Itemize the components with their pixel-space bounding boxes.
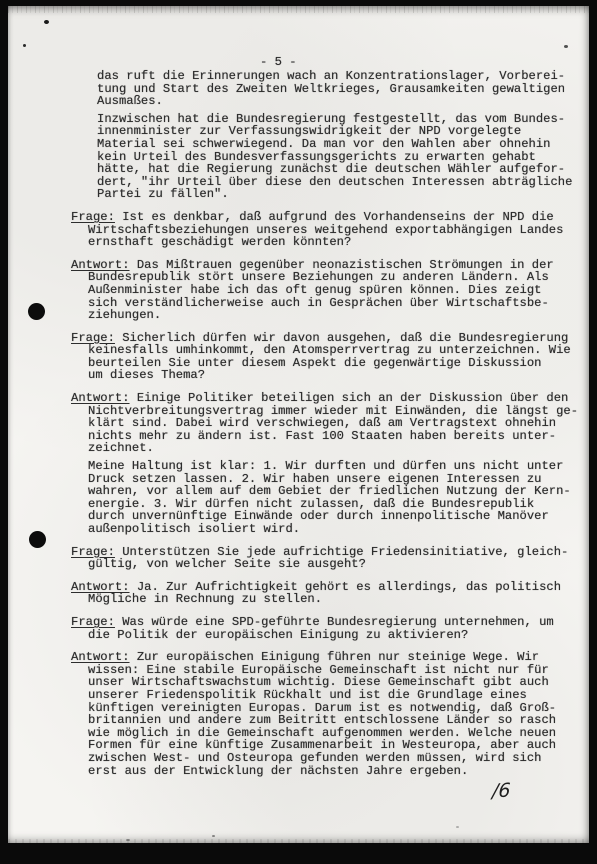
text-line: tung und Start des Zweiten Weltkrieges, … <box>97 82 565 96</box>
text-line: erst aus der Entwicklung der nächsten Ja… <box>88 764 468 778</box>
qa-block: Antwort: Das Mißtrauen gegenüber neonazi… <box>71 259 578 322</box>
qa-block: Frage: Ist es denkbar, daß aufgrund des … <box>71 211 578 249</box>
scan-speckle <box>212 835 215 837</box>
scan-background: { "page": { "number_display": "- 5 -", "… <box>0 0 597 864</box>
text-line: Ausmaßes. <box>97 94 163 108</box>
text-line: außenpolitisch isoliert wird. <box>88 522 300 536</box>
scan-speckle <box>44 20 49 24</box>
qa-block: Frage: Was würde eine SPD-geführte Bunde… <box>71 616 578 641</box>
text-line: um dieses Thema? <box>88 368 205 382</box>
scan-grain-top <box>8 6 589 13</box>
text-line: nichts mehr zu ändern ist. Fast 100 Staa… <box>88 429 556 443</box>
text-line: gültig, von welcher Seite sie ausgeht? <box>88 557 366 571</box>
paragraph-block: Meine Haltung ist klar: 1. Wir durften u… <box>71 460 578 536</box>
qa-block: Antwort: Einige Politiker beteiligen sic… <box>71 392 578 455</box>
scanned-page: - 5 - das ruft die Erinnerungen wach an … <box>8 6 589 843</box>
handwritten-page-ref: /6 <box>491 779 511 802</box>
scan-speckle <box>23 44 26 47</box>
text-line: die Politik der europäischen Einigung zu… <box>88 628 468 642</box>
text-line: ziehungen. <box>88 308 161 322</box>
text-line: Mögliche in Rechnung zu stellen. <box>88 592 322 606</box>
paragraph-block: das ruft die Erinnerungen wach an Konzen… <box>71 70 578 108</box>
hole-punch-bottom <box>29 531 46 548</box>
qa-block: Frage: Unterstützen Sie jede aufrichtige… <box>71 546 578 571</box>
scan-speckle <box>564 45 568 48</box>
page-number: - 5 - <box>260 55 297 69</box>
scan-speckle <box>456 826 459 828</box>
text-line: ernsthaft geschädigt werden könnten? <box>88 235 351 249</box>
scan-grain-bottom <box>8 839 589 843</box>
paragraph-block: Inzwischen hat die Bundesregierung festg… <box>71 113 578 201</box>
scan-speckle <box>126 839 130 841</box>
qa-block: Antwort: Ja. Zur Aufrichtigkeit gehört e… <box>71 581 578 606</box>
qa-block: Frage: Sicherlich dürfen wir davon ausge… <box>71 332 578 382</box>
document-body: das ruft die Erinnerungen wach an Konzen… <box>71 70 578 777</box>
qa-block: Antwort: Zur europäischen Einigung führe… <box>71 651 578 777</box>
text-line: Partei zu fällen". <box>97 187 229 201</box>
text-line: zeichnet. <box>88 441 154 455</box>
hole-punch-top <box>28 303 45 320</box>
